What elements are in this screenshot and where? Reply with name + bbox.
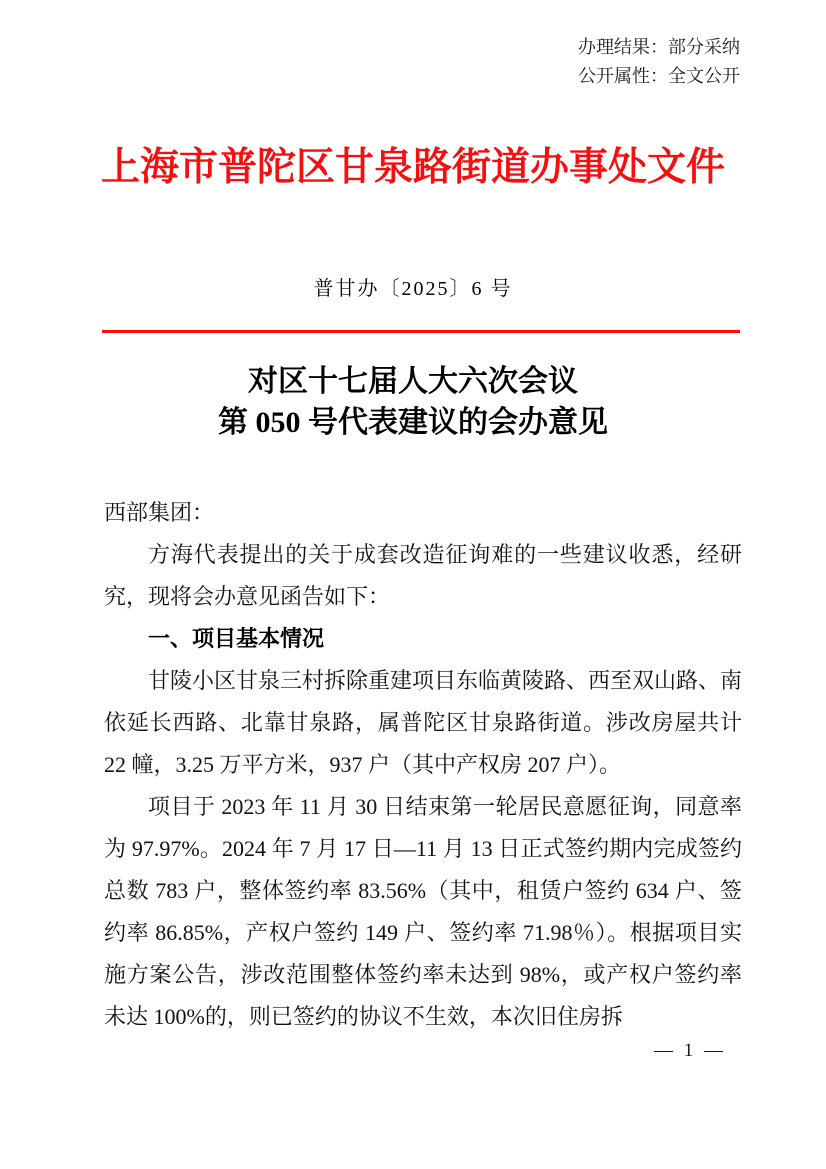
section-heading-1: 一、项目基本情况 bbox=[104, 618, 742, 660]
paragraph-project-overview: 甘陵小区甘泉三村拆除重建项目东临黄陵路、西至双山路、南依延长西路、北靠甘泉路，属… bbox=[104, 660, 742, 786]
document-body: 西部集团： 方海代表提出的关于成套改造征询难的一些建议收悉，经研究，现将会办意见… bbox=[104, 492, 742, 1038]
red-divider-line bbox=[102, 330, 740, 333]
doc-number: 普甘办〔2025〕6 号 bbox=[0, 272, 826, 301]
document-title-line2: 第 050 号代表建议的会办意见 bbox=[0, 402, 826, 443]
masthead-title: 上海市普陀区甘泉路街道办事处文件 bbox=[0, 136, 826, 192]
publicity-attribute: 公开属性：全文公开 bbox=[578, 62, 740, 91]
handling-result: 办理结果：部分采纳 bbox=[578, 33, 740, 62]
header-meta: 办理结果：部分采纳 公开属性：全文公开 bbox=[578, 33, 740, 91]
page-number: — 1 — bbox=[0, 1040, 826, 1062]
paragraph-intro: 方海代表提出的关于成套改造征询难的一些建议收悉，经研究，现将会办意见函告如下： bbox=[104, 534, 742, 618]
document-page: 办理结果：部分采纳 公开属性：全文公开 上海市普陀区甘泉路街道办事处文件 普甘办… bbox=[0, 0, 826, 1169]
salutation: 西部集团： bbox=[104, 492, 742, 534]
paragraph-signing-stats: 项目于 2023 年 11 月 30 日结束第一轮居民意愿征询，同意率为 97.… bbox=[104, 786, 742, 1038]
document-title-line1: 对区十七届人大六次会议 bbox=[0, 361, 826, 402]
document-title: 对区十七届人大六次会议 第 050 号代表建议的会办意见 bbox=[0, 361, 826, 443]
